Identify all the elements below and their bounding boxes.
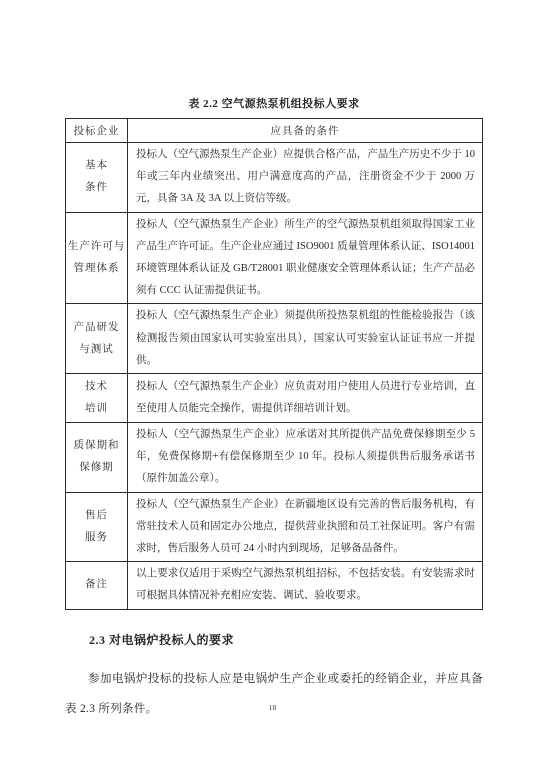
table-row: 质保期和 保修期 投标人（空气源热泵生产企业）应承诺对其所提供产品免费保修期至少… [66,423,483,493]
row-content-warranty: 投标人（空气源热泵生产企业）应承诺对其所提供产品免费保修期至少 5 年，免费保修… [128,423,483,493]
header-cell-conditions: 应具备的条件 [128,119,483,143]
row-label-basic: 基本 条件 [66,143,128,213]
page-number: 18 [0,703,545,712]
row-label-license: 生产许可与 管理体系 [66,212,128,304]
document-page: 表 2.2 空气源热泵机组投标人要求 投标企业 应具备的条件 基本 条件 投标人… [0,0,545,769]
table-row: 备注 以上要求仅适用于采购空气源热泵机组招标，不包括安装。有安装需求时可根据具体… [66,562,483,609]
section-paragraph: 参加电锅炉投标的投标人应是电锅炉生产企业或委托的经销企业，并应具备表 2.3 所… [65,664,483,724]
table-row: 生产许可与 管理体系 投标人（空气源热泵生产企业）所生产的空气源热泵机组须取得国… [66,212,483,304]
row-content-remarks: 以上要求仅适用于采购空气源热泵机组招标，不包括安装。有安装需求时可根据具体情况补… [128,562,483,609]
header-cell-bidder: 投标企业 [66,119,128,143]
row-content-training: 投标人（空气源热泵生产企业）应负责对用户使用人员进行专业培训，直至使用人员能完全… [128,374,483,423]
table-row: 技术 培训 投标人（空气源热泵生产企业）应负责对用户使用人员进行专业培训，直至使… [66,374,483,423]
table-row: 售后 服务 投标人（空气源热泵生产企业）在新疆地区设有完善的售后服务机构，有常驻… [66,492,483,562]
bidder-requirements-table: 投标企业 应具备的条件 基本 条件 投标人（空气源热泵生产企业）应提供合格产品，… [65,118,483,610]
page-content: 表 2.2 空气源热泵机组投标人要求 投标企业 应具备的条件 基本 条件 投标人… [65,0,483,724]
row-label-rnd: 产品研发 与测试 [66,304,128,374]
row-content-rnd: 投标人（空气源热泵生产企业）须提供所投热泵机组的性能检验报告（该检测报告须由国家… [128,304,483,374]
row-label-warranty: 质保期和 保修期 [66,423,128,493]
table-header-row: 投标企业 应具备的条件 [66,119,483,143]
row-label-aftersales: 售后 服务 [66,492,128,562]
row-content-license: 投标人（空气源热泵生产企业）所生产的空气源热泵机组须取得国家工业产品生产许可证。… [128,212,483,304]
section-heading-2-3: 2.3 对电锅炉投标人的要求 [89,631,483,648]
table-row: 基本 条件 投标人（空气源热泵生产企业）应提供合格产品，产品生产历史不少于 10… [66,143,483,213]
table-title: 表 2.2 空气源热泵机组投标人要求 [65,95,483,111]
row-content-aftersales: 投标人（空气源热泵生产企业）在新疆地区设有完善的售后服务机构，有常驻技术人员和固… [128,492,483,562]
row-label-training: 技术 培训 [66,374,128,423]
row-label-remarks: 备注 [66,562,128,609]
row-content-basic: 投标人（空气源热泵生产企业）应提供合格产品，产品生产历史不少于 10 年或三年内… [128,143,483,213]
table-row: 产品研发 与测试 投标人（空气源热泵生产企业）须提供所投热泵机组的性能检验报告（… [66,304,483,374]
